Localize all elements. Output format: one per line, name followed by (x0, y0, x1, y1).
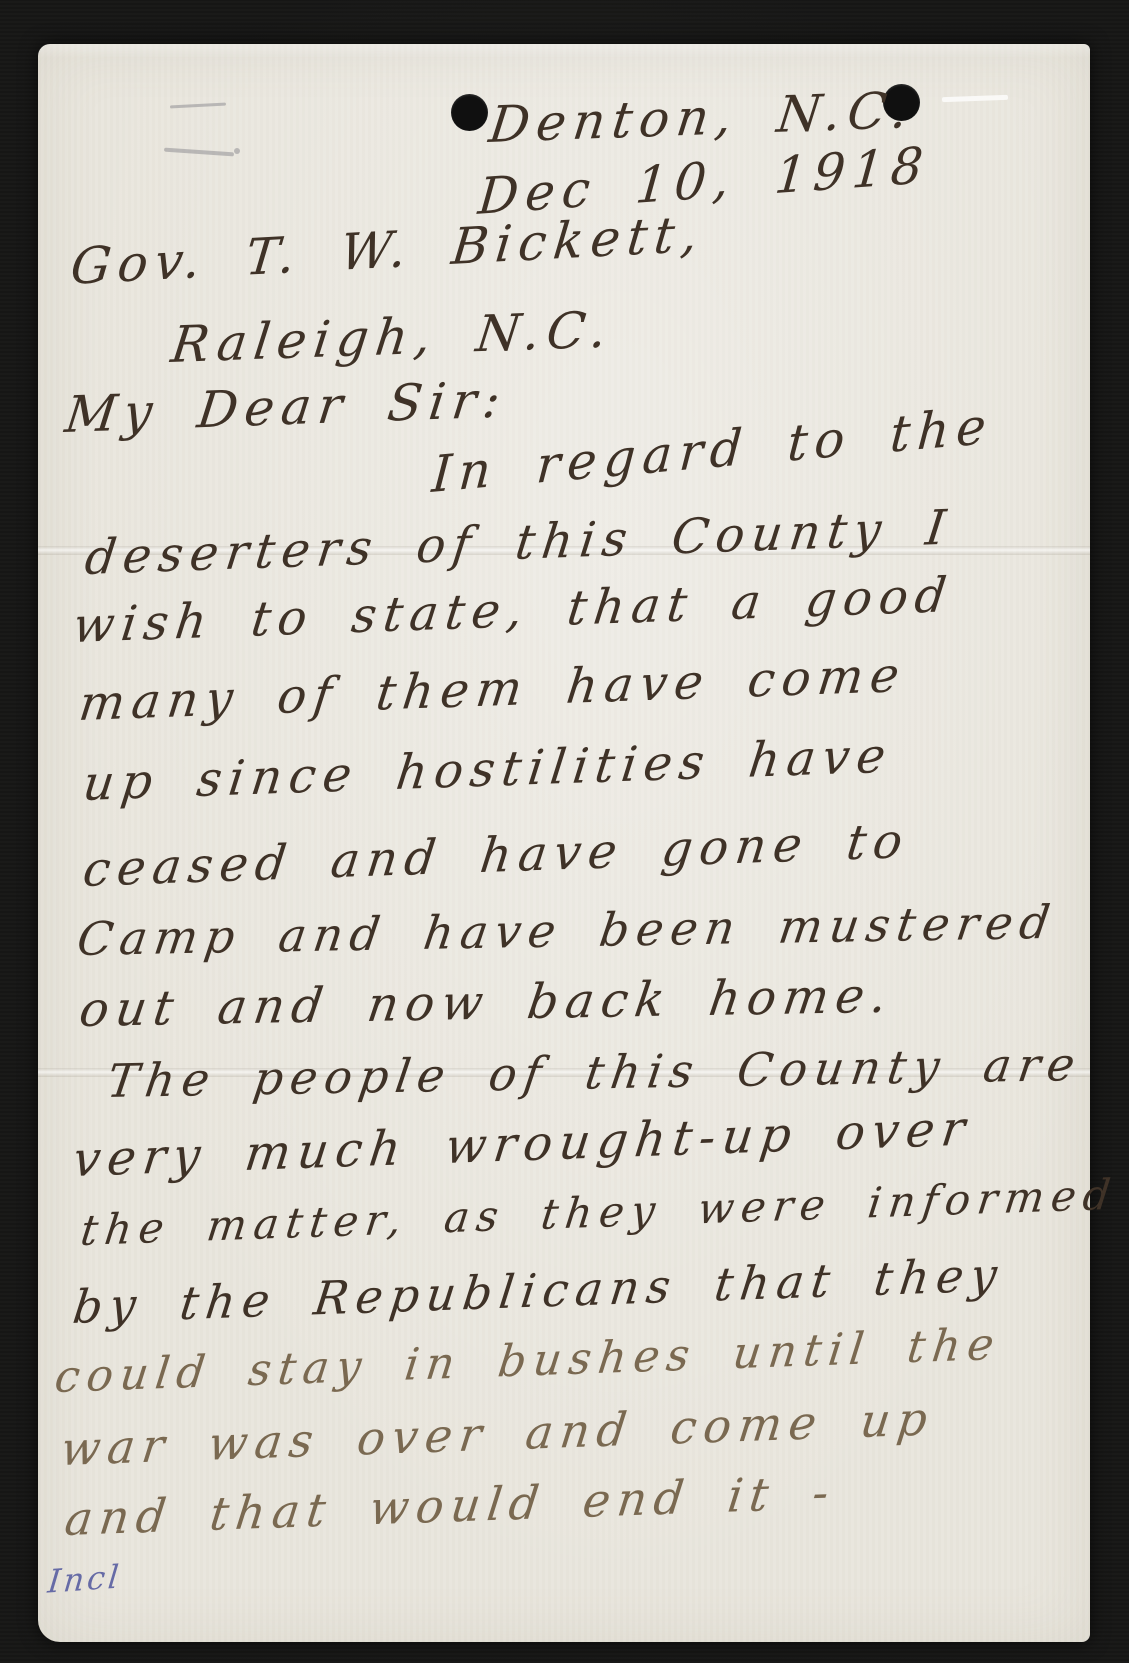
handwritten-line-body: very much wrought-up over (70, 1100, 975, 1188)
scan-background: Denton, N.C.Dec 10, 1918Gov. T. W. Bicke… (0, 0, 1129, 1663)
handwritten-line-body: ceased and have gone to (80, 813, 913, 898)
handwritten-line-salutation: My Dear Sir: (62, 370, 511, 444)
handwritten-line-body-faded: and that would end it - (62, 1465, 839, 1546)
pin-hole-marks (170, 103, 226, 109)
handwritten-line-recipient: Gov. T. W. Bickett, (68, 204, 707, 296)
handwritten-line-body: The people of this County are (104, 1037, 1085, 1108)
pin-hole-marks (234, 148, 240, 154)
paper-scratch (942, 95, 1008, 102)
archivist-annotation: Incl (46, 1557, 123, 1600)
handwritten-line-recipient: Raleigh, N.C. (168, 300, 617, 374)
handwritten-line-body: In regard to the (430, 396, 995, 504)
pin-hole-marks (164, 148, 234, 157)
handwritten-line-body: up since hostilities have (80, 727, 896, 812)
handwritten-line-body: the matter, as they were informed (78, 1170, 1120, 1255)
letter-page: Denton, N.C.Dec 10, 1918Gov. T. W. Bicke… (38, 44, 1090, 1642)
punch-hole-icon (451, 94, 488, 131)
handwritten-line-body: Camp and have been mustered (74, 895, 1060, 966)
handwritten-line-body-faded: war was over and come up (58, 1391, 937, 1476)
handwritten-line-body: many of them have come (76, 647, 909, 732)
handwritten-line-body: out and now back home. (76, 968, 897, 1038)
handwritten-line-body-faded: could stay in bushes until the (52, 1319, 1004, 1403)
handwritten-line-body: by the Republicans that they (70, 1247, 1007, 1334)
